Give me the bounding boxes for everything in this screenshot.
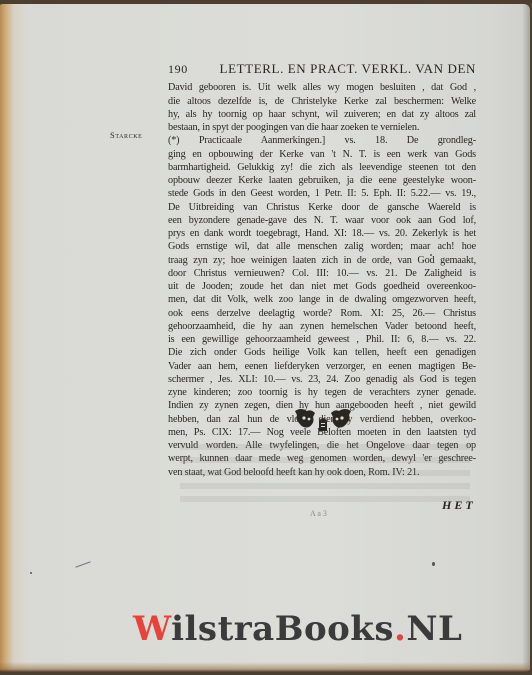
text-line: De Uitbreiding van Christus Kerke door d… — [168, 201, 476, 214]
text-line: hy, als hy toornig op haar schynt, wil z… — [168, 108, 476, 121]
text-line: opbouw deezer Kerke laaten gebruiken, ja… — [168, 174, 476, 187]
text-line: door Christus vernieuwen? Col. III: 10.—… — [168, 267, 476, 280]
signature-mark: A a 3 — [310, 509, 327, 518]
watermark-name: ilstraBooks — [171, 609, 394, 649]
text-line: ook eens derzelve deelagtig worde? Rom. … — [168, 307, 476, 320]
printer-fleuron-ornament-icon — [293, 407, 353, 437]
watermark-tld: NL — [406, 609, 462, 649]
text-line: men, dat dit Volk, welk zoo lange in de … — [168, 293, 476, 306]
margin-note: Starcke — [110, 130, 142, 140]
text-line: Vader aan hem, eenen liefderyken verzorg… — [168, 360, 476, 373]
text-line: Die zich onder Gods heilige Volk kan tel… — [168, 346, 476, 359]
bleed-through-text — [180, 444, 470, 504]
text-line: gehoorzaamheid, die hy aan zynen hemelsc… — [168, 320, 476, 333]
text-line: bestaan, in spyt der poogingen van die h… — [168, 121, 476, 134]
text-line: Gods ernstige wil, dat alle menschen zal… — [168, 240, 476, 253]
text-line: uit de Jooden; zoude het dan niet met Go… — [168, 280, 476, 293]
text-line: barmhartigheid. Gelukkig zy! die zich al… — [168, 161, 476, 174]
text-line: is een gewillige gehoorzaamheid geweest … — [168, 333, 476, 346]
watermark-dot: . — [394, 609, 406, 649]
text-line: David gebooren is. Uit welk alles wy mog… — [168, 81, 476, 94]
text-line: ging en opbouwing der Kerke van 't N. T.… — [168, 148, 476, 161]
catchword: HET — [442, 498, 476, 513]
wilstrabooks-watermark: WilstraBooks.NL — [133, 609, 462, 649]
text-line: schermer , Jes. XLI: 10.— vs. 23, 24. Zo… — [168, 373, 476, 386]
watermark-initial: W — [133, 609, 171, 649]
text-line: zyne kinderen; zoo toornig is hy tegen d… — [168, 386, 476, 399]
text-line: prys en dank wordt toegebragt, Hand. XI:… — [168, 227, 476, 240]
text-line: een byzondere genade-gave des N. T. waar… — [168, 214, 476, 227]
text-line: stede Gods in den Geest worden, 1 Petr. … — [168, 187, 476, 200]
running-head-title: LETTERL. EN PRACT. VERKL. VAN DEN — [188, 62, 476, 75]
running-head: 190 LETTERL. EN PRACT. VERKL. VAN DEN — [168, 62, 476, 76]
book-page: Starcke 190 LETTERL. EN PRACT. VERKL. VA… — [0, 4, 530, 672]
book-scan: Starcke 190 LETTERL. EN PRACT. VERKL. VA… — [0, 0, 532, 675]
text-line: die altoos dezelfde is, de Christelyke K… — [168, 95, 476, 108]
text-line: (*) Practicaale Aanmerkingen.] vs. 18. D… — [168, 134, 476, 147]
page-number: 190 — [168, 63, 188, 76]
